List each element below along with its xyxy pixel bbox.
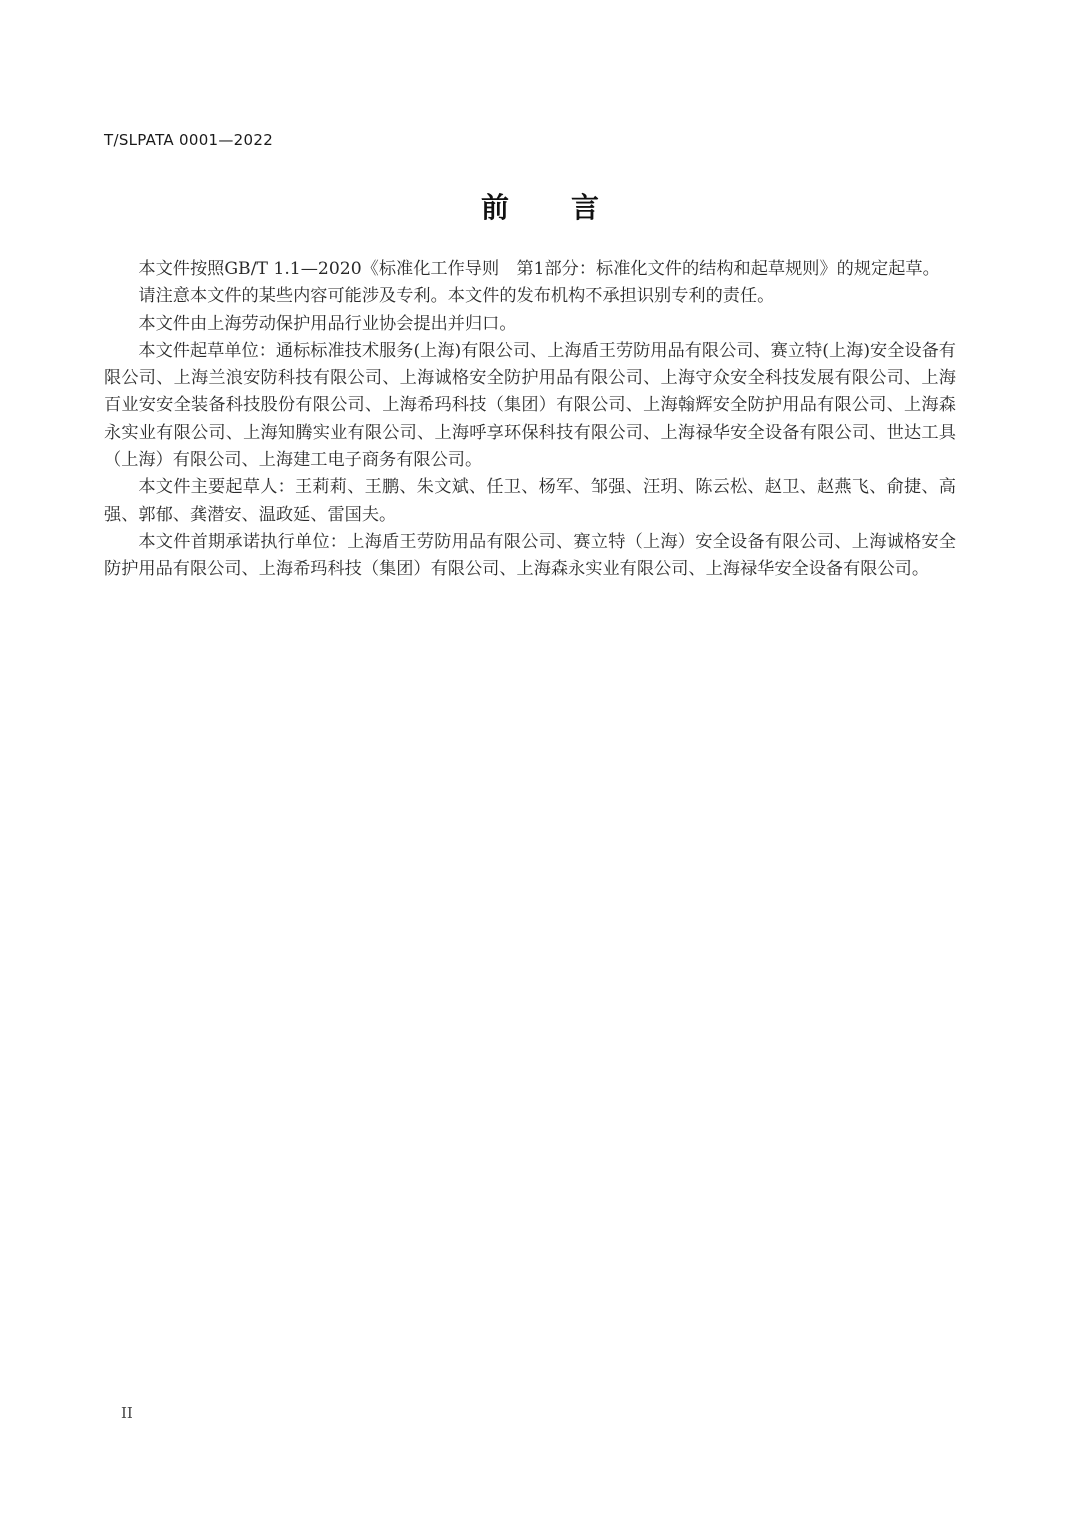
title-char-1: 前: [481, 186, 509, 226]
paragraph-drafting-rules: 本文件按照GB/T 1.1—2020《标准化工作导则 第1部分：标准化文件的结构…: [104, 256, 956, 283]
paragraph-first-implementers: 本文件首期承诺执行单位：上海盾王劳防用品有限公司、赛立特（上海）安全设备有限公司…: [104, 529, 956, 584]
paragraph-main-drafters: 本文件主要起草人：王莉莉、王鹏、朱文斌、任卫、杨军、邹强、汪玥、陈云松、赵卫、赵…: [104, 474, 956, 529]
foreword-body: 本文件按照GB/T 1.1—2020《标准化工作导则 第1部分：标准化文件的结构…: [104, 256, 956, 584]
paragraph-patent-notice: 请注意本文件的某些内容可能涉及专利。本文件的发布机构不承担识别专利的责任。: [104, 283, 956, 310]
title-char-2: 言: [571, 186, 599, 226]
paragraph-proposer: 本文件由上海劳动保护用品行业协会提出并归口。: [104, 311, 956, 338]
standard-code-header: T/SLPATA 0001—2022: [104, 131, 273, 149]
page-title: 前言: [0, 186, 1080, 226]
page-number: II: [121, 1404, 133, 1422]
paragraph-drafting-units: 本文件起草单位：通标标准技术服务(上海)有限公司、上海盾王劳防用品有限公司、赛立…: [104, 338, 956, 474]
